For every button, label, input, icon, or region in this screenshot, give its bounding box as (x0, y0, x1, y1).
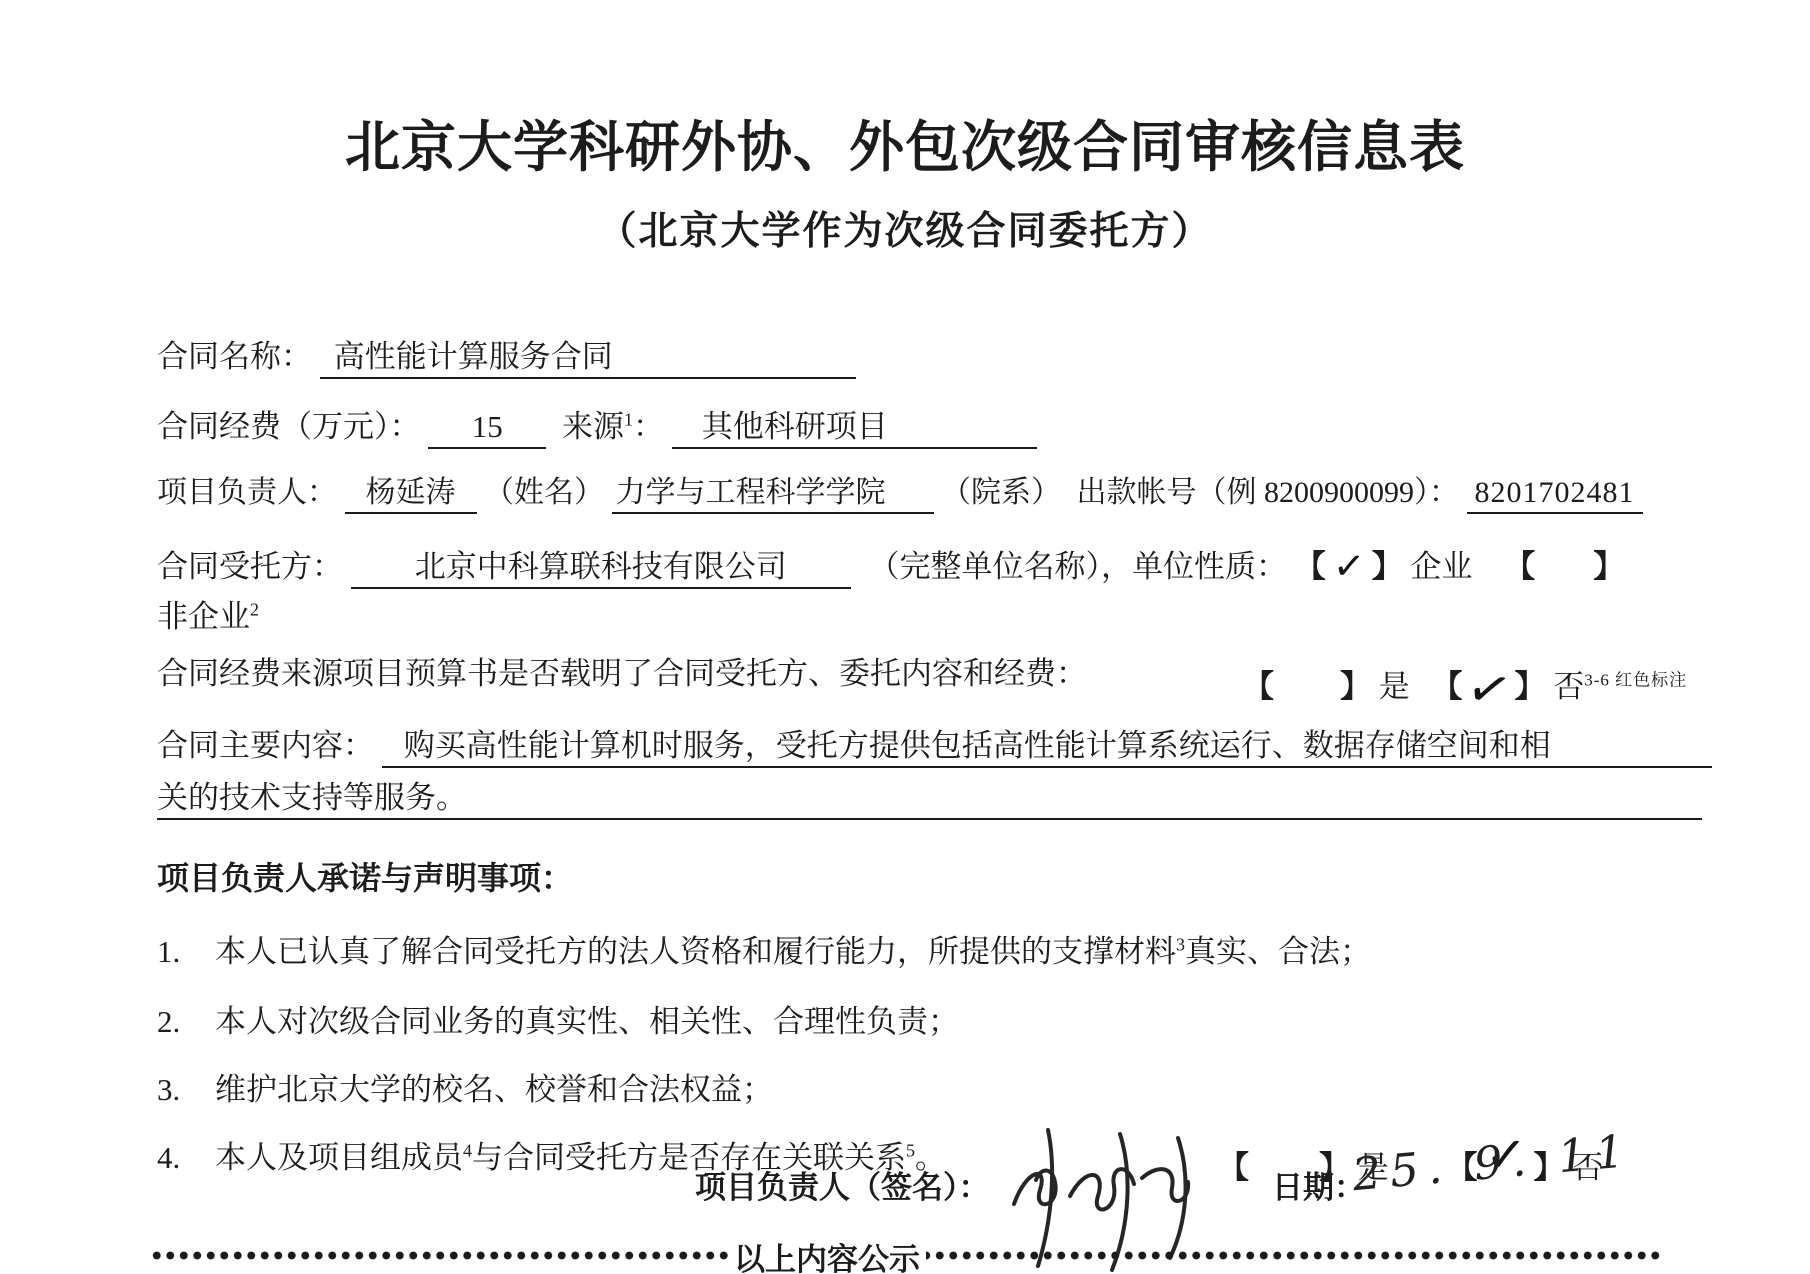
page-subtitle: （北京大学作为次级合同委托方） (0, 200, 1810, 256)
declaration-item-1: 1.本人已认真了解合同受托方的法人资格和履行能力，所提供的支撑材料3真实、合法； (157, 933, 1371, 972)
non-enterprise-row: 非企业2 (157, 598, 259, 637)
budget-yes-checkbox-close: 】 (1340, 669, 1371, 704)
funding-row: 合同经费（万元）： 15 来源1： 其他科研项目 (157, 408, 1037, 449)
pi-name-suffix: （姓名） (484, 476, 604, 509)
budget-yes-checkbox: 【 (1243, 669, 1274, 704)
declaration-item-2: 2.本人对次级合同业务的真实性、相关性、合理性负责； (157, 1003, 959, 1042)
publicity-text: 以上内容公示 (728, 1234, 926, 1274)
non-enterprise-checkbox: 【 (1504, 549, 1535, 584)
budget-no-label: 否 (1553, 669, 1584, 704)
funding-label: 合同经费（万元）： (157, 409, 421, 444)
non-enterprise-label: 非企业 (157, 599, 250, 634)
enterprise-label: 企业 (1411, 549, 1473, 584)
source-footnote-marker: 1 (624, 410, 633, 430)
pi-label: 项目负责人： (157, 476, 337, 509)
main-content-line2: 关的技术支持等服务。 (157, 779, 1702, 820)
budget-yes-label: 是 (1379, 669, 1410, 704)
trustee-label: 合同受托方： (157, 549, 343, 584)
budget-question-text: 合同经费来源项目预算书是否载明了合同受托方、委托内容和经费： (157, 656, 1087, 691)
pi-row: 项目负责人： 杨延涛 （姓名） 力学与工程科学学院 （院系） 出款帐号（例 82… (157, 474, 1643, 514)
item1-text-after: 真实、合法； (1185, 934, 1371, 969)
pi-dept-suffix: （院系） (941, 476, 1061, 509)
non-enterprise-checkbox-close: 】 (1593, 549, 1624, 584)
page-title: 北京大学科研外协、外包次级合同审核信息表 (0, 103, 1810, 182)
pi-dept-value: 力学与工程科学学院 (612, 474, 934, 514)
enterprise-checkbox-close: 】 (1372, 549, 1403, 584)
source-value: 其他科研项目 (672, 408, 1037, 449)
item4-text-before: 本人及项目组成员 (215, 1140, 463, 1175)
budget-no-check-icon: ✓ (1456, 655, 1521, 726)
item1-number: 1. (157, 933, 215, 972)
item1-text-before: 本人已认真了解合同受托方的法人资格和履行能力，所提供的支撑材料 (215, 934, 1176, 969)
enterprise-check-icon: ✓ (1324, 541, 1373, 592)
budget-question-checkboxes: 【】 是 【✓】 否3-6 红色标注 (1243, 650, 1687, 710)
item2-number: 2. (157, 1003, 215, 1042)
budget-note-superscript: 3-6 红色标注 (1584, 671, 1687, 690)
budget-no-checkbox: 【 (1432, 669, 1463, 704)
account-label: 出款帐号（例 8200900099）： (1077, 476, 1460, 509)
pi-name-value: 杨延涛 (345, 474, 477, 514)
publicity-dotted-rule: 以上内容公示 (150, 1228, 1662, 1274)
item4-footnote-marker-a: 4 (463, 1141, 472, 1161)
non-enterprise-footnote-marker: 2 (250, 600, 259, 620)
contract-name-label: 合同名称： (157, 339, 312, 374)
trustee-row: 合同受托方： 北京中科算联科技有限公司 （完整单位名称），单位性质： 【✓】 企… (157, 541, 1624, 589)
account-value: 8201702481 (1467, 474, 1643, 514)
item4-footnote-marker-b: 5 (906, 1141, 915, 1161)
main-content-line1: 购买高性能计算机时服务，受托方提供包括高性能计算系统运行、数据存储空间和相 (382, 727, 1712, 768)
enterprise-checkbox: 【 (1295, 549, 1326, 584)
contract-name-value: 高性能计算服务合同 (320, 338, 856, 379)
signature-label: 项目负责人（签名）： (695, 1162, 990, 1207)
item3-number: 3. (157, 1071, 215, 1110)
main-content-label: 合同主要内容： (157, 728, 374, 763)
trustee-suffix: （完整单位名称），单位性质： (869, 549, 1288, 584)
declaration-item-3: 3.维护北京大学的校名、校誉和合法权益； (157, 1071, 773, 1110)
item1-footnote-marker: 3 (1176, 935, 1185, 955)
main-content-row-2: 关的技术支持等服务。 (157, 779, 1702, 820)
item2-text: 本人对次级合同业务的真实性、相关性、合理性负责； (215, 1004, 959, 1039)
source-colon: ： (633, 409, 664, 444)
item3-text: 维护北京大学的校名、校誉和合法权益； (215, 1072, 773, 1107)
budget-question-row: 合同经费来源项目预算书是否载明了合同受托方、委托内容和经费： (157, 655, 1087, 694)
item4-number: 4. (157, 1139, 215, 1178)
scanned-form-page: 北京大学科研外协、外包次级合同审核信息表 （北京大学作为次级合同委托方） 合同名… (0, 0, 1810, 1274)
trustee-value: 北京中科算联科技有限公司 (351, 548, 851, 589)
declaration-heading: 项目负责人承诺与声明事项： (157, 858, 573, 898)
main-content-row-1: 合同主要内容： 购买高性能计算机时服务，受托方提供包括高性能计算系统运行、数据存… (157, 727, 1712, 768)
contract-name-row: 合同名称： 高性能计算服务合同 (157, 338, 856, 379)
source-label: 来源 (562, 409, 624, 444)
funding-value: 15 (428, 408, 546, 449)
